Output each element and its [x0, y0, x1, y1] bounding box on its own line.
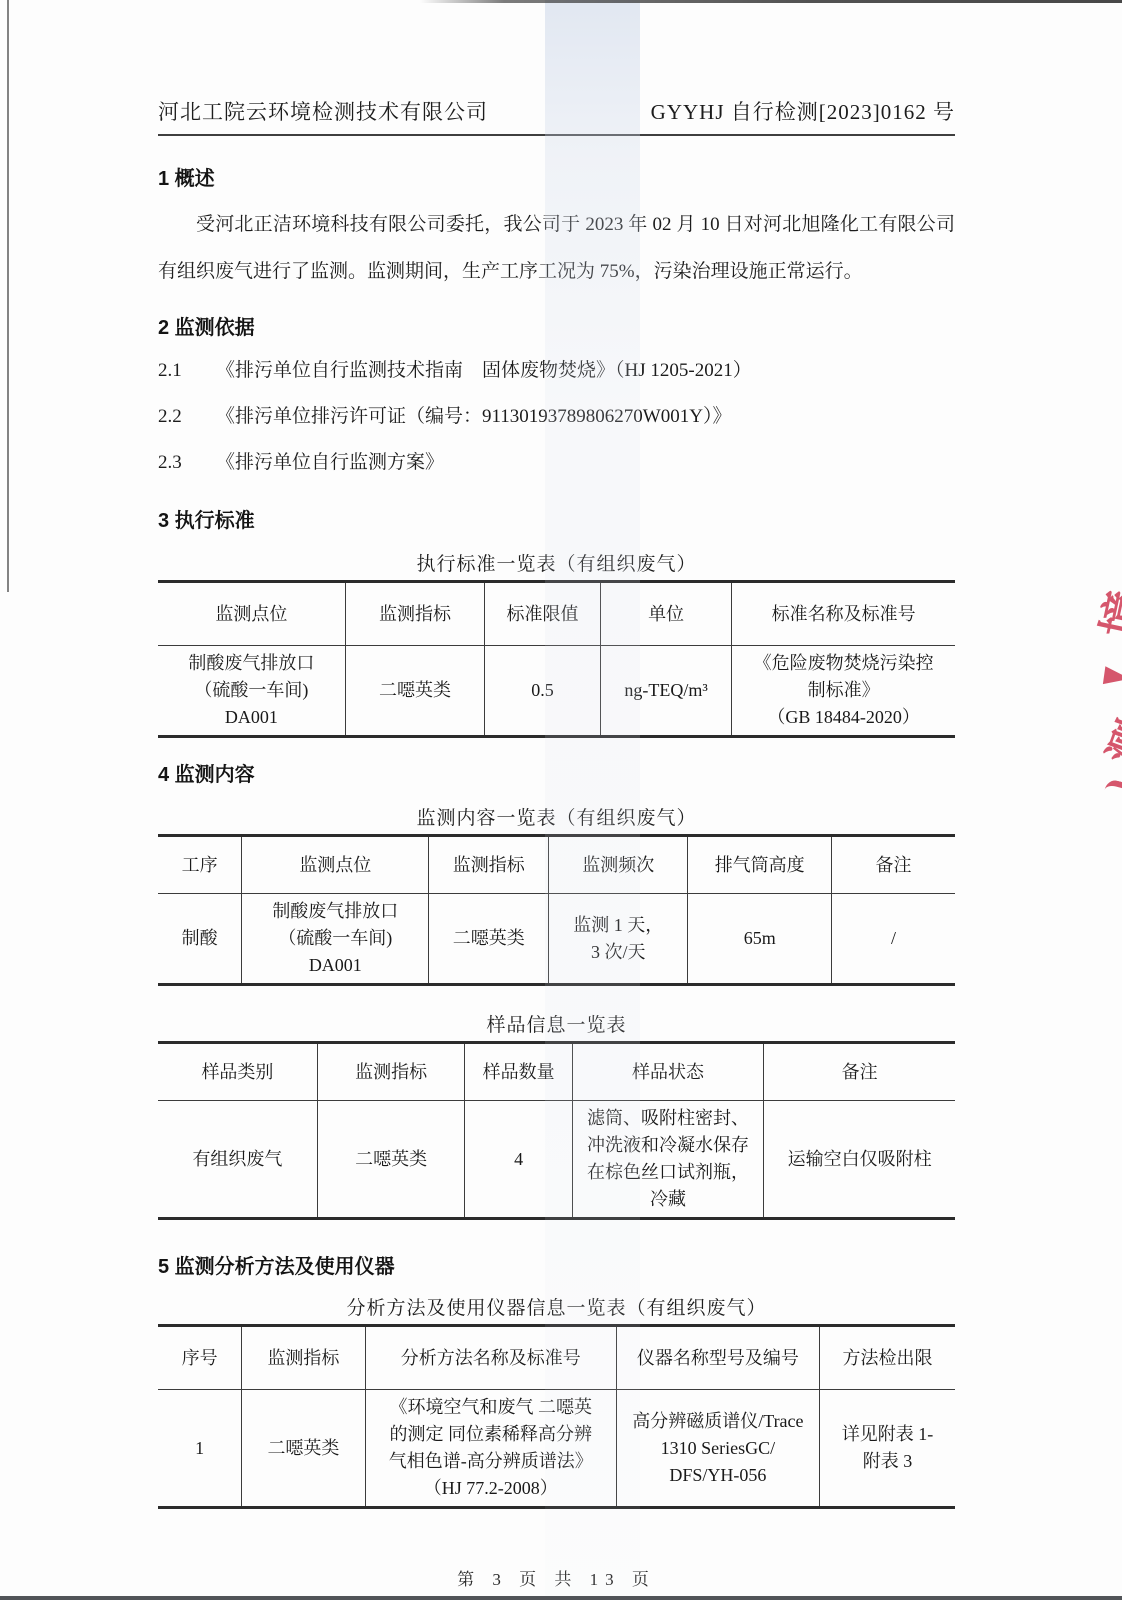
seal-character-fragment: 境 — [1083, 583, 1122, 644]
header-cell: 备注 — [764, 1043, 955, 1101]
header-cell: 样品数量 — [465, 1043, 573, 1101]
basis-item: 2.1 《排污单位自行监测技术指南 固体废物焚烧》（HJ 1205-2021） — [158, 348, 955, 394]
header-cell: 标准限值 — [485, 582, 601, 646]
table-row: 制酸废气排放口 （硫酸一车间) DA001 二噁英类 0.5 ng-TEQ/m³… — [158, 646, 955, 737]
section-4-title: 4 监测内容 — [158, 758, 955, 787]
section-3-title: 3 执行标准 — [158, 504, 955, 533]
table-header-row: 监测点位 监测指标 标准限值 单位 标准名称及标准号 — [158, 582, 955, 646]
samples-table: 样品类别 监测指标 样品数量 样品状态 备注 有组织废气 二噁英类 4 滤筒、吸… — [158, 1041, 955, 1220]
table-row: 制酸 制酸废气排放口 （硫酸一车间) DA001 二噁英类 监测 1 天， 3 … — [158, 894, 955, 985]
basis-item-number: 2.2 — [158, 394, 216, 440]
cell-indicator: 二噁英类 — [429, 894, 549, 985]
cell-indicator: 二噁英类 — [317, 1101, 464, 1219]
header-cell: 监测频次 — [549, 836, 688, 894]
cell-frequency: 监测 1 天， 3 次/天 — [549, 894, 688, 985]
header-cell: 序号 — [158, 1326, 242, 1390]
cell-standard-name: 《危险废物焚烧污染控 制标准》 （GB 18484-2020） — [732, 646, 955, 737]
seal-character-fragment: 测 — [1088, 710, 1122, 773]
cell-indicator: 二噁英类 — [242, 1390, 366, 1508]
cell-sample-category: 有组织废气 — [158, 1101, 317, 1219]
section-1-title: 1 概述 — [158, 162, 955, 191]
cell-remark: / — [831, 894, 955, 985]
header-cell: 仪器名称型号及编号 — [616, 1326, 819, 1390]
scan-edge-left — [7, 0, 9, 592]
standards-table: 监测点位 监测指标 标准限值 单位 标准名称及标准号 制酸废气排放口 （硫酸一车… — [158, 580, 955, 738]
header-document-number: GYYHJ 自行检测[2023]0162 号 — [651, 96, 955, 126]
page-header: 河北工院云环境检测技术有限公司 GYYHJ 自行检测[2023]0162 号 — [158, 96, 955, 136]
scanned-report-page: 境 测 河北工院云环境检测技术有限公司 GYYHJ 自行检测[2023]0162… — [0, 0, 1122, 1600]
header-cell: 监测指标 — [242, 1326, 366, 1390]
monitoring-basis-list: 2.1 《排污单位自行监测技术指南 固体废物焚烧》（HJ 1205-2021） … — [158, 348, 955, 486]
section-5-title: 5 监测分析方法及使用仪器 — [158, 1250, 955, 1279]
basis-item-number: 2.3 — [158, 440, 216, 486]
header-cell: 监测指标 — [317, 1043, 464, 1101]
content-table: 工序 监测点位 监测指标 监测频次 排气筒高度 备注 制酸 制酸废气排放口 （硫… — [158, 834, 955, 986]
header-company-name: 河北工院云环境检测技术有限公司 — [158, 96, 488, 126]
scan-edge-top — [420, 0, 1122, 3]
header-cell: 方法检出限 — [819, 1326, 955, 1390]
basis-item-text: 《排污单位排污许可证（编号：91130193789806270W001Y）》 — [216, 394, 731, 440]
cell-sample-state: 滤筒、吸附柱密封、 冲洗液和冷凝水保存 在棕色丝口试剂瓶， 冷藏 — [572, 1101, 763, 1219]
cell-limit-value: 0.5 — [485, 646, 601, 737]
overview-paragraph: 受河北正洁环境科技有限公司委托，我公司于 2023 年 02 月 10 日对河北… — [158, 201, 955, 295]
basis-item-text: 《排污单位自行监测技术指南 固体废物焚烧》（HJ 1205-2021） — [216, 348, 752, 394]
header-cell: 排气筒高度 — [688, 836, 831, 894]
cell-indicator: 二噁英类 — [345, 646, 484, 737]
cell-stack-height: 65m — [688, 894, 831, 985]
cell-unit: ng-TEQ/m³ — [600, 646, 732, 737]
cell-process: 制酸 — [158, 894, 242, 985]
section-2-title: 2 监测依据 — [158, 311, 955, 340]
cell-monitoring-point: 制酸废气排放口 （硫酸一车间) DA001 — [158, 646, 345, 737]
cell-detection-limit: 详见附表 1- 附表 3 — [819, 1390, 955, 1508]
header-cell: 监测指标 — [429, 836, 549, 894]
cell-method-name: 《环境空气和废气 二噁英 的测定 同位素稀释高分辨 气相色谱-高分辨质谱法》 （… — [365, 1390, 616, 1508]
table-header-row: 样品类别 监测指标 样品数量 样品状态 备注 — [158, 1043, 955, 1101]
header-cell: 标准名称及标准号 — [732, 582, 955, 646]
content-table-caption: 监测内容一览表（有组织废气） — [158, 803, 955, 830]
seal-arc-fragment — [1102, 778, 1122, 810]
cell-sample-count: 4 — [465, 1101, 573, 1219]
header-cell: 单位 — [600, 582, 732, 646]
header-cell: 备注 — [831, 836, 955, 894]
red-seal-fragment: 境 测 — [1052, 570, 1122, 820]
methods-table: 序号 监测指标 分析方法名称及标准号 仪器名称型号及编号 方法检出限 1 二噁英… — [158, 1324, 955, 1509]
header-cell: 样品类别 — [158, 1043, 317, 1101]
cell-remark: 运输空白仅吸附柱 — [764, 1101, 955, 1219]
table-header-row: 序号 监测指标 分析方法名称及标准号 仪器名称型号及编号 方法检出限 — [158, 1326, 955, 1390]
table-row: 1 二噁英类 《环境空气和废气 二噁英 的测定 同位素稀释高分辨 气相色谱-高分… — [158, 1390, 955, 1508]
basis-item: 2.3 《排污单位自行监测方案》 — [158, 440, 955, 486]
header-cell: 分析方法名称及标准号 — [365, 1326, 616, 1390]
standards-table-caption: 执行标准一览表（有组织废气） — [158, 549, 955, 576]
samples-table-caption: 样品信息一览表 — [158, 1010, 955, 1037]
header-cell: 监测点位 — [242, 836, 429, 894]
scan-edge-bottom — [0, 1596, 1122, 1600]
basis-item-text: 《排污单位自行监测方案》 — [216, 440, 444, 486]
seal-star-point — [1103, 666, 1122, 687]
page-footer: 第 3 页 共 13 页 — [158, 1565, 955, 1590]
header-cell: 工序 — [158, 836, 242, 894]
cell-monitoring-point: 制酸废气排放口 （硫酸一车间) DA001 — [242, 894, 429, 985]
methods-table-caption: 分析方法及使用仪器信息一览表（有组织废气） — [158, 1293, 955, 1320]
basis-item-number: 2.1 — [158, 348, 216, 394]
table-row: 有组织废气 二噁英类 4 滤筒、吸附柱密封、 冲洗液和冷凝水保存 在棕色丝口试剂… — [158, 1101, 955, 1219]
header-cell: 监测点位 — [158, 582, 345, 646]
table-header-row: 工序 监测点位 监测指标 监测频次 排气筒高度 备注 — [158, 836, 955, 894]
cell-serial-number: 1 — [158, 1390, 242, 1508]
basis-item: 2.2 《排污单位排污许可证（编号：91130193789806270W001Y… — [158, 394, 955, 440]
header-cell: 样品状态 — [572, 1043, 763, 1101]
cell-instrument: 高分辨磁质谱仪/Trace 1310 SeriesGC/ DFS/YH-056 — [616, 1390, 819, 1508]
header-cell: 监测指标 — [345, 582, 484, 646]
